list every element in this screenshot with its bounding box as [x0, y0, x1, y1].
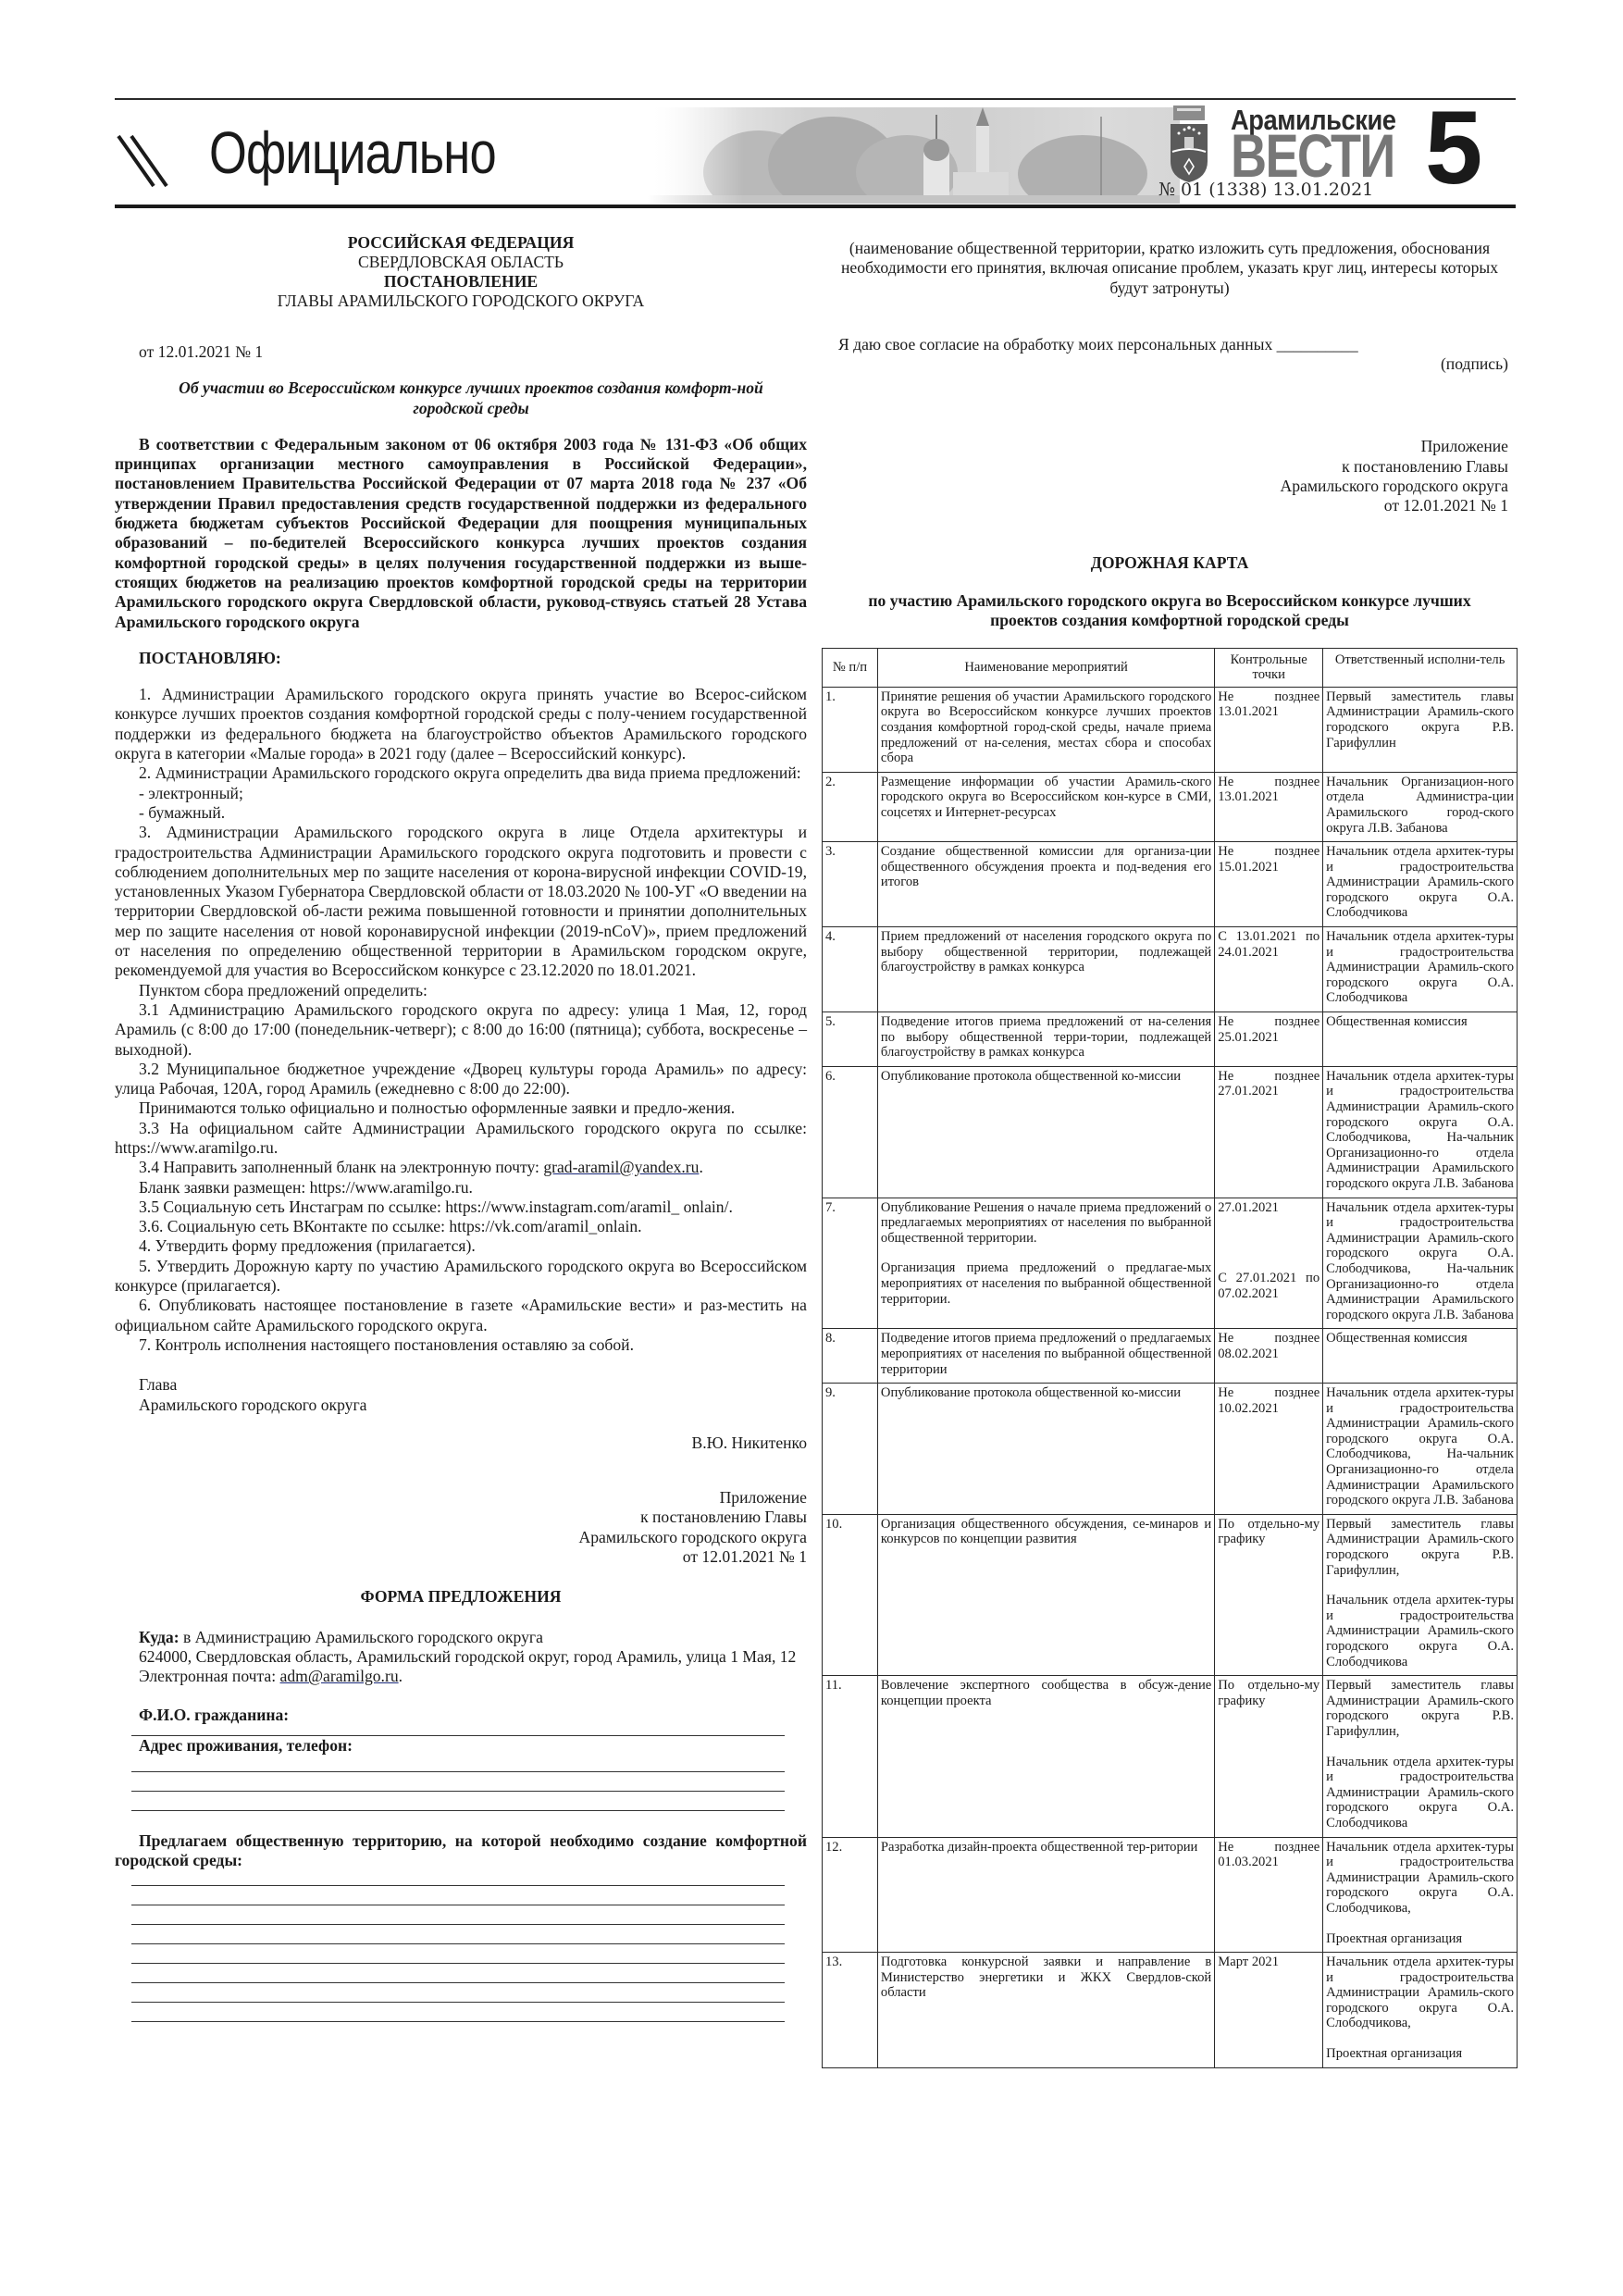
- paragraph-gap: [1326, 1917, 1514, 1931]
- activity-cell: Прием предложений от населения городског…: [877, 927, 1214, 1012]
- signature-hint: (подпись): [822, 354, 1518, 374]
- paragraph: 5. Утвердить Дорожную карту по участию А…: [115, 1257, 807, 1297]
- paragraph: 3.2 Муниципальное бюджетное учреждение «…: [115, 1060, 807, 1099]
- responsible-cell: Начальник Организацион-ного отдела Админ…: [1323, 772, 1518, 841]
- activity-cell: Разработка дизайн-проекта общественной т…: [877, 1837, 1214, 1953]
- deadline-text: Не позднее 01.03.2021: [1218, 1840, 1319, 1870]
- form-to: Куда: в Администрацию Арамильского город…: [115, 1628, 807, 1647]
- form-email-suffix: .: [399, 1667, 403, 1685]
- section-title: Официально: [209, 118, 496, 187]
- activity-text: Опубликование Решения о начале приема пр…: [881, 1200, 1211, 1247]
- masthead-top-rule: [115, 98, 1516, 100]
- resolution-column: РОССИЙСКАЯ ФЕДЕРАЦИЯ СВЕРДЛОВСКАЯ ОБЛАСТ…: [115, 233, 807, 2022]
- table-header-row: № п/п Наименование мероприятий Контрольн…: [823, 648, 1518, 687]
- deadline-text: По отдельно-му графику: [1218, 1678, 1319, 1708]
- responsible-text: Начальник Организацион-ного отдела Админ…: [1326, 775, 1514, 836]
- paragraph: Бланк заявки размещен: https://www.arami…: [115, 1178, 807, 1198]
- paragraph-text: 3.4 Направить заполненный бланк на элект…: [139, 1158, 543, 1176]
- paragraph: 3. Администрации Арамильского городского…: [115, 823, 807, 980]
- table-row: 13.Подготовка конкурсной заявки и направ…: [823, 1953, 1518, 2068]
- form-to-value: в Администрацию Арамильского городского …: [180, 1628, 543, 1646]
- responsible-cell: Первый заместитель главы Администрации А…: [1323, 687, 1518, 772]
- activity-text: Опубликование протокола общественной ко-…: [881, 1385, 1211, 1401]
- deadline-text: С 27.01.2021 по 07.02.2021: [1218, 1271, 1319, 1301]
- responsible-cell: Начальник отдела архитек-туры и градостр…: [1323, 1953, 1518, 2068]
- deadline-text: По отдельно-му графику: [1218, 1517, 1319, 1547]
- paragraph: 7. Контроль исполнения настоящего постан…: [115, 1335, 807, 1355]
- row-number: 13.: [823, 1953, 878, 2068]
- responsible-text: Начальник отдела архитек-туры и градостр…: [1326, 1955, 1514, 2031]
- paragraph-gap: [1326, 2031, 1514, 2046]
- header-line: РОССИЙСКАЯ ФЕДЕРАЦИЯ: [115, 233, 807, 253]
- row-number: 1.: [823, 687, 878, 772]
- deadline-cell: Не позднее 13.01.2021: [1215, 772, 1323, 841]
- activity-text: Разработка дизайн-проекта общественной т…: [881, 1840, 1211, 1855]
- column-header: № п/п: [823, 648, 878, 687]
- resolution-date: от 12.01.2021 № 1: [115, 342, 807, 362]
- resolution-subject: Об участии во Всероссийском конкурсе луч…: [115, 379, 807, 418]
- table-row: 10.Организация общественного обсуждения,…: [823, 1514, 1518, 1675]
- responsible-text: Начальник отдела архитек-туры и градостр…: [1326, 1755, 1514, 1831]
- email-link[interactable]: adm@aramilgo.ru: [280, 1667, 399, 1685]
- activity-text: Создание общественной комиссии для орган…: [881, 844, 1211, 890]
- activity-text: Подготовка конкурсной заявки и направлен…: [881, 1955, 1211, 2001]
- responsible-text: Начальник отдела архитек-туры и градостр…: [1326, 1385, 1514, 1508]
- responsible-text: Начальник отдела архитек-туры и градостр…: [1326, 1200, 1514, 1323]
- address-input-line[interactable]: [131, 1756, 785, 1772]
- deadline-text: Не позднее 27.01.2021: [1218, 1069, 1319, 1099]
- activity-cell: Опубликование Решения о начале приема пр…: [877, 1198, 1214, 1329]
- activity-cell: Создание общественной комиссии для орган…: [877, 842, 1214, 927]
- table-row: 9.Опубликование протокола общественной к…: [823, 1384, 1518, 1515]
- activity-cell: Подведение итогов приема предложений от …: [877, 1012, 1214, 1067]
- annex-line: от 12.01.2021 № 1: [115, 1547, 807, 1567]
- deadline-text: Не позднее 13.01.2021: [1218, 689, 1319, 720]
- roadmap-title: ДОРОЖНАЯ КАРТА: [822, 553, 1518, 573]
- activity-cell: Опубликование протокола общественной ко-…: [877, 1384, 1214, 1515]
- proposal-input-line[interactable]: [131, 2003, 785, 2022]
- activity-cell: Подготовка конкурсной заявки и направлен…: [877, 1953, 1214, 2068]
- responsible-cell: Общественная комиссия: [1323, 1329, 1518, 1384]
- deadline-cell: 27.01.2021С 27.01.2021 по 07.02.2021: [1215, 1198, 1323, 1329]
- proposal-label: Предлагаем общественную территорию, на к…: [115, 1831, 807, 1871]
- deadline-cell: Не позднее 25.01.2021: [1215, 1012, 1323, 1067]
- city-crest-icon: [1168, 104, 1210, 183]
- deadline-cell: Не позднее 15.01.2021: [1215, 842, 1323, 927]
- issue-number: № 01 (1338) 13.01.2021: [1158, 180, 1373, 200]
- responsible-cell: Начальник отдела архитек-туры и градостр…: [1323, 1198, 1518, 1329]
- email-link[interactable]: grad-aramil@yandex.ru: [543, 1158, 699, 1176]
- responsible-text: Начальник отдела архитек-туры и градостр…: [1326, 844, 1514, 921]
- table-row: 6.Опубликование протокола общественной к…: [823, 1066, 1518, 1198]
- responsible-cell: Начальник отдела архитек-туры и градостр…: [1323, 927, 1518, 1012]
- responsible-cell: Первый заместитель главы Администрации А…: [1323, 1676, 1518, 1837]
- activity-text: Опубликование протокола общественной ко-…: [881, 1069, 1211, 1085]
- activity-cell: Принятие решения об участии Арамильского…: [877, 687, 1214, 772]
- paragraph-text: .: [699, 1158, 702, 1176]
- decree-word: ПОСТАНОВЛЯЮ:: [115, 649, 807, 668]
- row-number: 2.: [823, 772, 878, 841]
- row-number: 7.: [823, 1198, 878, 1329]
- table-row: 12.Разработка дизайн-проекта общественно…: [823, 1837, 1518, 1953]
- activity-cell: Вовлечение экспертного сообщества в обсу…: [877, 1676, 1214, 1837]
- header-line: ГЛАВЫ АРАМИЛЬСКОГО ГОРОДСКОГО ОКРУГА: [115, 292, 807, 311]
- deadline-cell: Не позднее 13.01.2021: [1215, 687, 1323, 772]
- deadline-cell: Не позднее 10.02.2021: [1215, 1384, 1323, 1515]
- header-line: ПОСТАНОВЛЕНИЕ: [115, 272, 807, 292]
- annex-line: Арамильского городского округа: [115, 1528, 807, 1547]
- proposal-input-line[interactable]: [131, 1925, 785, 1944]
- paragraph: - бумажный.: [115, 803, 807, 823]
- activity-text: Принятие решения об участии Арамильского…: [881, 689, 1211, 766]
- deadline-cell: Не позднее 27.01.2021: [1215, 1066, 1323, 1198]
- deadline-text: Не позднее 25.01.2021: [1218, 1014, 1319, 1045]
- column-header: Ответственный исполни-тель: [1323, 648, 1518, 687]
- responsible-text: Первый заместитель главы Администрации А…: [1326, 689, 1514, 751]
- paragraph: 1. Администрации Арамильского городского…: [115, 685, 807, 763]
- resolution-header: РОССИЙСКАЯ ФЕДЕРАЦИЯ СВЕРДЛОВСКАЯ ОБЛАСТ…: [115, 233, 807, 311]
- annex-line: от 12.01.2021 № 1: [822, 496, 1508, 515]
- deadline-text: Март 2021: [1218, 1955, 1319, 1970]
- activity-text: Подведение итогов приема предложений от …: [881, 1014, 1211, 1061]
- responsible-text: Начальник отдела архитек-туры и градостр…: [1326, 1840, 1514, 1917]
- activity-text: Организация общественного обсуждения, се…: [881, 1517, 1211, 1547]
- table-row: 5.Подведение итогов приема предложений о…: [823, 1012, 1518, 1067]
- responsible-cell: Начальник отдела архитек-туры и градостр…: [1323, 1066, 1518, 1198]
- signature-name: В.Ю. Никитенко: [115, 1433, 807, 1453]
- responsible-text: Начальник отдела архитек-туры и градостр…: [1326, 929, 1514, 1006]
- roadmap-table: № п/п Наименование мероприятий Контрольн…: [822, 648, 1518, 2068]
- deadline-cell: Март 2021: [1215, 1953, 1323, 2068]
- roadmap-column: (наименование общественной территории, к…: [822, 239, 1518, 2068]
- row-number: 4.: [823, 927, 878, 1012]
- responsible-text: Проектная организация: [1326, 2046, 1514, 2062]
- annex-line: Приложение: [115, 1488, 807, 1508]
- address-input-line[interactable]: [131, 1772, 785, 1792]
- consent-line: Я даю свое согласие на обработку моих пе…: [822, 335, 1518, 354]
- deadline-cell: С 13.01.2021 по 24.01.2021: [1215, 927, 1323, 1012]
- paragraph: 6. Опубликовать настоящее постановление …: [115, 1296, 807, 1335]
- activity-text: Подведение итогов приема предложений о п…: [881, 1331, 1211, 1377]
- paragraph-gap: [1326, 1578, 1514, 1593]
- row-number: 10.: [823, 1514, 878, 1675]
- table-row: 3.Создание общественной комиссии для орг…: [823, 842, 1518, 927]
- deadline-text: С 13.01.2021 по 24.01.2021: [1218, 929, 1319, 960]
- paragraph: 3.3 На официальном сайте Администрации А…: [115, 1119, 807, 1159]
- deadline-cell: По отдельно-му графику: [1215, 1676, 1323, 1837]
- paragraph: - электронный;: [115, 784, 807, 803]
- activity-cell: Организация общественного обсуждения, се…: [877, 1514, 1214, 1675]
- proposal-input-line[interactable]: [131, 1886, 785, 1905]
- deadline-cell: По отдельно-му графику: [1215, 1514, 1323, 1675]
- masthead-bottom-rule: [115, 205, 1516, 208]
- fio-label: Ф.И.О. гражданина:: [115, 1706, 807, 1725]
- deadline-text: Не позднее 13.01.2021: [1218, 775, 1319, 805]
- responsible-text: Первый заместитель главы Администрации А…: [1326, 1678, 1514, 1739]
- column-header: Контрольные точки: [1215, 648, 1323, 687]
- form-email: Электронная почта: adm@aramilgo.ru.: [115, 1667, 807, 1686]
- form-to-label: Куда:: [139, 1628, 180, 1646]
- roadmap-subtitle: по участию Арамильского городского округ…: [822, 591, 1518, 631]
- deadline-text: Не позднее 15.01.2021: [1218, 844, 1319, 875]
- activity-cell: Подведение итогов приема предложений о п…: [877, 1329, 1214, 1384]
- form-email-label: Электронная почта:: [139, 1667, 280, 1685]
- address-label: Адрес проживания, телефон:: [115, 1736, 807, 1756]
- signature-position: Глава: [115, 1375, 807, 1395]
- row-number: 6.: [823, 1066, 878, 1198]
- form-title: ФОРМА ПРЕДЛОЖЕНИЯ: [115, 1587, 807, 1607]
- table-row: 2.Размещение информации об участии Арами…: [823, 772, 1518, 841]
- annex-line: Приложение: [822, 437, 1508, 456]
- annex-block: Приложение к постановлению Главы Арамиль…: [822, 437, 1518, 515]
- responsible-cell: Начальник отдела архитек-туры и градостр…: [1323, 842, 1518, 927]
- annex-line: к постановлению Главы: [115, 1508, 807, 1527]
- paragraph-gap: [881, 1246, 1211, 1260]
- header-line: СВЕРДЛОВСКАЯ ОБЛАСТЬ: [115, 253, 807, 272]
- deadline-cell: Не позднее 01.03.2021: [1215, 1837, 1323, 1953]
- paragraph: 3.1 Администрацию Арамильского городског…: [115, 1000, 807, 1060]
- responsible-cell: Начальник отдела архитек-туры и градостр…: [1323, 1837, 1518, 1953]
- activity-cell: Размещение информации об участии Арамиль…: [877, 772, 1214, 841]
- responsible-text: Начальник отдела архитек-туры и градостр…: [1326, 1069, 1514, 1192]
- proposal-input-line[interactable]: [131, 1944, 785, 1964]
- address-input-line[interactable]: [131, 1792, 785, 1811]
- table-row: 1.Принятие решения об участии Арамильско…: [823, 687, 1518, 772]
- proposal-input-line[interactable]: [131, 1964, 785, 1983]
- table-row: 11.Вовлечение экспертного сообщества в о…: [823, 1676, 1518, 1837]
- deadline-text: 27.01.2021: [1218, 1200, 1319, 1216]
- responsible-text: Общественная комиссия: [1326, 1014, 1514, 1030]
- paragraph: 4. Утвердить форму предложения (прилагае…: [115, 1236, 807, 1256]
- paragraph-3-4: 3.4 Направить заполненный бланк на элект…: [115, 1158, 807, 1177]
- responsible-text: Первый заместитель главы Администрации А…: [1326, 1517, 1514, 1578]
- table-row: 7.Опубликование Решения о начале приема …: [823, 1198, 1518, 1329]
- row-number: 5.: [823, 1012, 878, 1067]
- row-number: 8.: [823, 1329, 878, 1384]
- activity-text: Организация приема предложений о предлаг…: [881, 1260, 1211, 1307]
- proposal-input-line[interactable]: [131, 1905, 785, 1925]
- deadline-text: Не позднее 10.02.2021: [1218, 1385, 1319, 1416]
- fio-input-line[interactable]: [131, 1725, 785, 1736]
- proposal-hint: (наименование общественной территории, к…: [822, 239, 1518, 298]
- resolution-preamble: В соответствии с Федеральным законом от …: [115, 435, 807, 632]
- row-number: 11.: [823, 1676, 878, 1837]
- double-slash-icon: [115, 134, 170, 188]
- responsible-cell: Начальник отдела архитек-туры и градостр…: [1323, 1384, 1518, 1515]
- paragraph: Пунктом сбора предложений определить:: [115, 981, 807, 1000]
- annex-line: к постановлению Главы: [822, 457, 1508, 477]
- paragraph: 2. Администрации Арамильского городского…: [115, 763, 807, 783]
- form-address: 624000, Свердловская область, Арамильски…: [115, 1647, 807, 1667]
- table-row: 8.Подведение итогов приема предложений о…: [823, 1329, 1518, 1384]
- responsible-cell: Общественная комиссия: [1323, 1012, 1518, 1067]
- page-number: 5: [1425, 96, 1482, 200]
- row-number: 9.: [823, 1384, 878, 1515]
- annex-block: Приложение к постановлению Главы Арамиль…: [115, 1488, 807, 1567]
- responsible-text: Начальник отдела архитек-туры и градостр…: [1326, 1593, 1514, 1669]
- deadline-text: Не позднее 08.02.2021: [1218, 1331, 1319, 1361]
- signature-position: Арамильского городского округа: [115, 1396, 807, 1415]
- paragraph: Принимаются только официально и полность…: [115, 1098, 807, 1118]
- proposal-input-line[interactable]: [131, 1871, 785, 1886]
- responsible-text: Проектная организация: [1326, 1931, 1514, 1947]
- responsible-text: Общественная комиссия: [1326, 1331, 1514, 1347]
- activity-text: Вовлечение экспертного сообщества в обсу…: [881, 1678, 1211, 1708]
- paragraph: 3.5 Социальную сеть Инстаграм по ссылке:…: [115, 1198, 807, 1217]
- proposal-input-line[interactable]: [131, 1983, 785, 2003]
- annex-line: Арамильского городского округа: [822, 477, 1508, 496]
- activity-text: Размещение информации об участии Арамиль…: [881, 775, 1211, 821]
- row-number: 12.: [823, 1837, 878, 1953]
- paragraph: 3.6. Социальную сеть ВКонтакте по ссылке…: [115, 1217, 807, 1236]
- activity-text: Прием предложений от населения городског…: [881, 929, 1211, 975]
- row-number: 3.: [823, 842, 878, 927]
- deadline-cell: Не позднее 08.02.2021: [1215, 1329, 1323, 1384]
- column-header: Наименование мероприятий: [877, 648, 1214, 687]
- table-row: 4.Прием предложений от населения городск…: [823, 927, 1518, 1012]
- activity-cell: Опубликование протокола общественной ко-…: [877, 1066, 1214, 1198]
- church-photo: [648, 107, 1180, 204]
- paragraph-gap: [1326, 1740, 1514, 1755]
- responsible-cell: Первый заместитель главы Администрации А…: [1323, 1514, 1518, 1675]
